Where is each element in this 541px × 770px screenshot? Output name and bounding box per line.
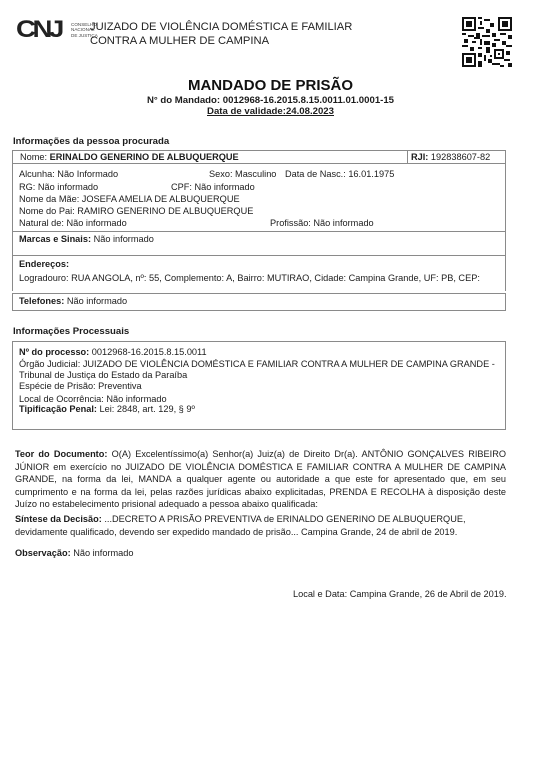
document-title: MANDADO DE PRISÃO (0, 77, 541, 96)
section-title-processo: Informações Processuais (13, 326, 129, 338)
processo-box: Nº do processo: 0012968-16.2015.8.15.001… (12, 341, 506, 430)
section-title-pessoa: Informações da pessoa procurada (13, 136, 169, 148)
cnj-logo-mark: CNJ (16, 18, 61, 42)
rji-value: 192838607-82 (431, 152, 490, 162)
personal-details-box: Alcunha: Não Informado Sexo: Masculino D… (12, 163, 506, 232)
teor-documento: Teor do Documento: O(A) Excelentíssimo(a… (15, 448, 506, 511)
processo-number: 0012968-16.2015.8.15.0011 (92, 347, 207, 357)
validade-date: Data de validade:24.08.2023 (0, 106, 541, 118)
qr-code-icon (462, 17, 512, 67)
marcas-box: Marcas e Sinais: Não informado (12, 231, 506, 256)
sintese-decisao: Síntese da Decisão: ...DECRETO A PRISÃO … (15, 513, 506, 538)
cnj-logo: CNJ Conselho Nacional de Justiça (16, 18, 98, 42)
rji-cell: RJI: 192838607-82 (407, 150, 506, 164)
telefones-box: Telefones: Não informado (12, 293, 506, 311)
nome-value: ERINALDO GENERINO DE ALBUQUERQUE (50, 152, 239, 162)
logradouro: Logradouro: RUA ANGOLA, nº: 55, Compleme… (19, 273, 480, 285)
observacao: Observação: Não informado (15, 548, 134, 560)
enderecos-box: Endereços: Logradouro: RUA ANGOLA, nº: 5… (12, 255, 506, 291)
nome-cell: Nome: ERINALDO GENERINO DE ALBUQUERQUE (12, 150, 408, 164)
local-data: Local e Data: Campina Grande, 26 de Abri… (293, 589, 507, 601)
court-name: JUIZADO DE VIOLÊNCIA DOMÉSTICA E FAMILIA… (90, 21, 352, 48)
